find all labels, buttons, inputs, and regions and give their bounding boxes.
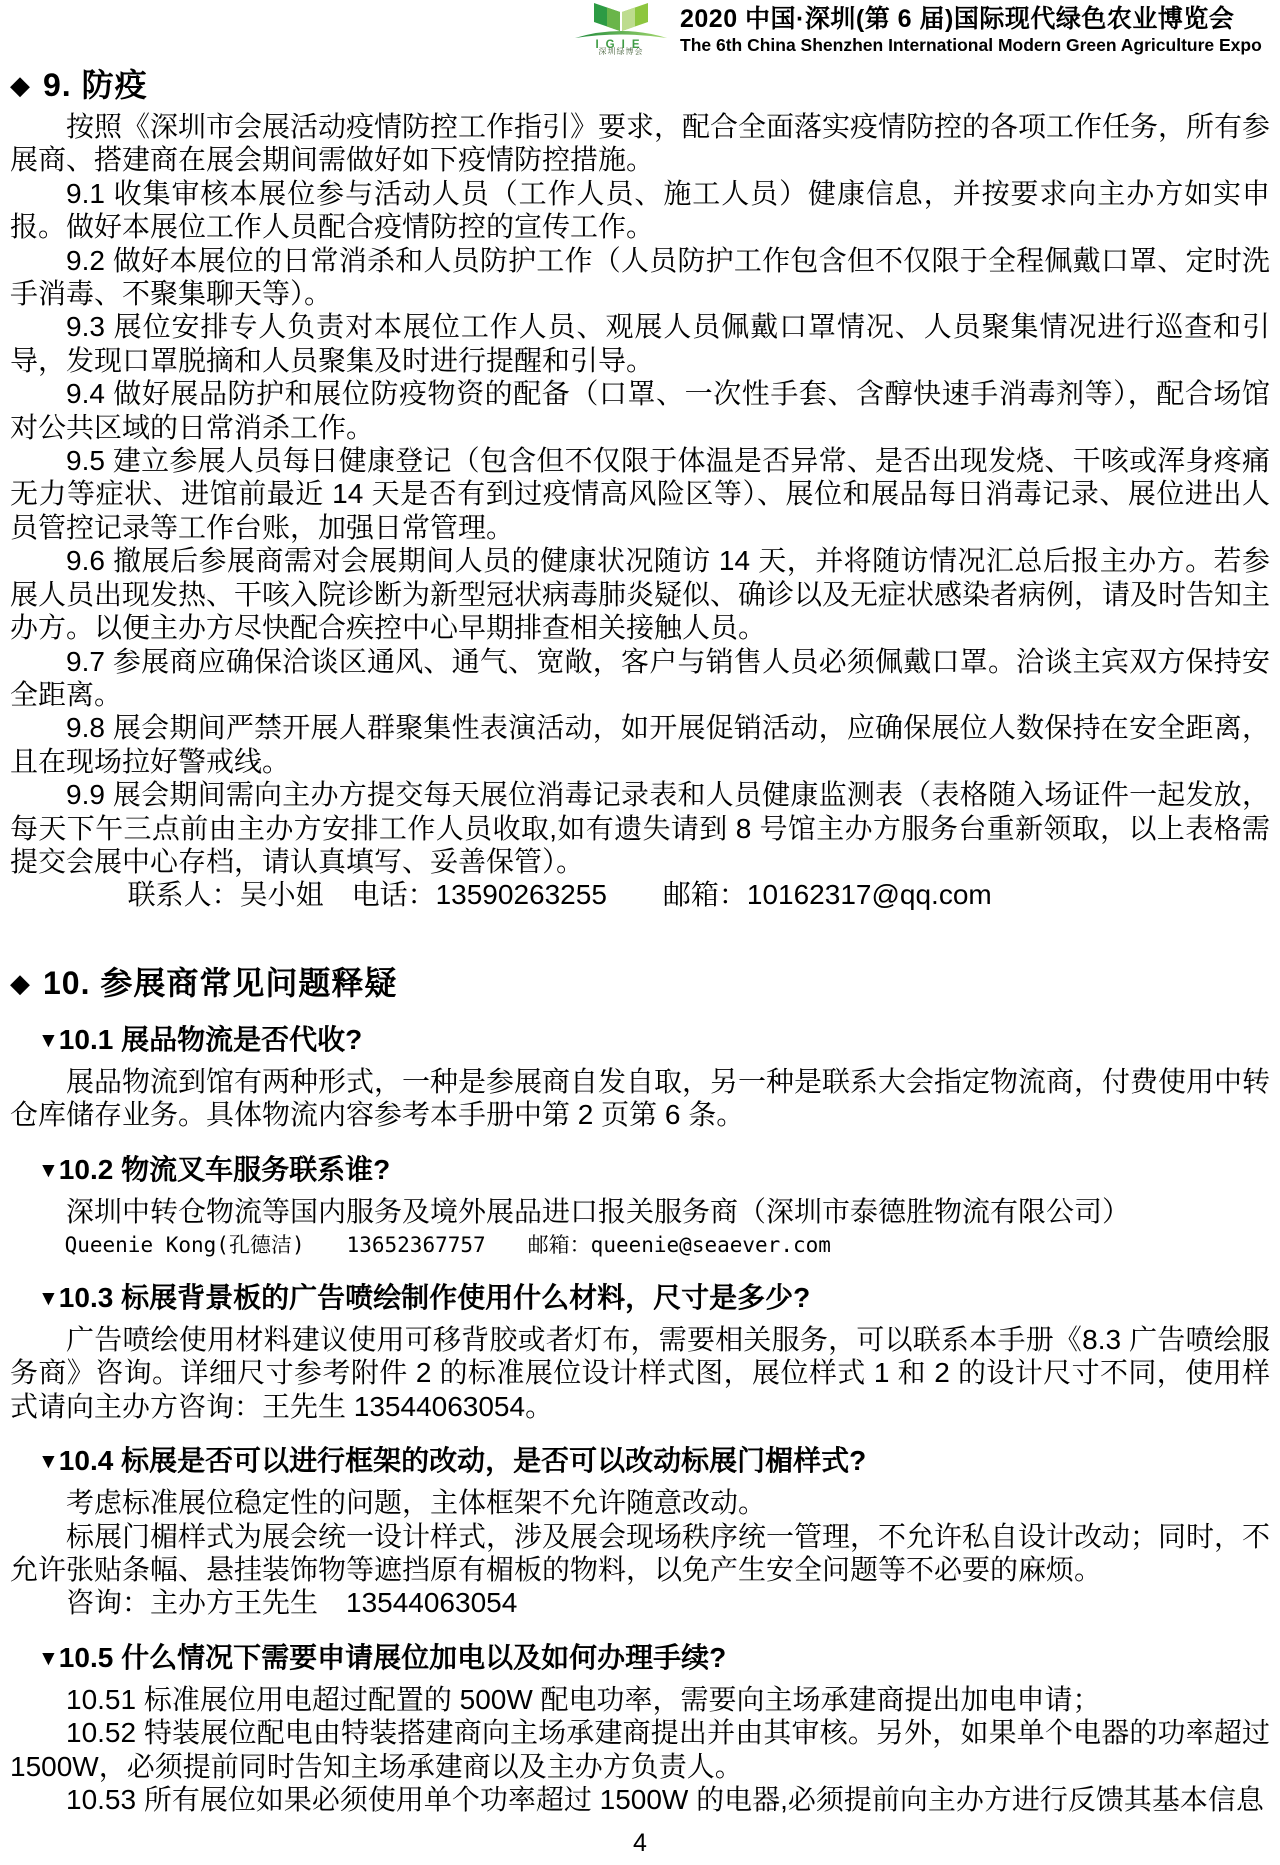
paragraph: 9.7 参展商应确保洽谈区通风、通气、宽敞，客户与销售人员必须佩戴口罩。洽谈主宾… xyxy=(10,645,1270,712)
faq-question-heading: ▼10.1 展品物流是否代收? xyxy=(10,1023,1270,1058)
paragraph: 9.6 撤展后参展商需对会展期间人员的健康状况随访 14 天，并将随访情况汇总后… xyxy=(10,544,1270,644)
document-page: IGIE 深圳绿博会 2020 中国·深圳(第 6 届)国际现代绿色农业博览会 … xyxy=(0,0,1280,1865)
paragraph: 9.5 建立参展人员每日健康登记（包含但不仅限于体温是否异常、是否出现发烧、干咳… xyxy=(10,444,1270,544)
triangle-bullet-icon: ▼ xyxy=(38,1450,59,1473)
logo-book-leaves-icon: IGIE xyxy=(571,2,671,49)
section-heading: ◆9. 防疫 xyxy=(10,66,1270,104)
contact-line: 联系人：吴小姐 电话：13590263255 邮箱：10162317@qq.co… xyxy=(10,878,1270,911)
triangle-bullet-icon: ▼ xyxy=(38,1287,59,1310)
contact-line-mono: Queenie Kong(孔德洁) 13652367757 邮箱：queenie… xyxy=(10,1230,1270,1260)
paragraph: 深圳中转仓物流等国内服务及境外展品进口报关服务商（深圳市泰德胜物流有限公司） xyxy=(10,1195,1270,1228)
document-body: ◆9. 防疫按照《深圳市会展活动疫情防控工作指引》要求，配合全面落实疫情防控的各… xyxy=(10,66,1270,1816)
diamond-bullet-icon: ◆ xyxy=(10,72,31,98)
section-heading: ◆10. 参展商常见问题释疑 xyxy=(10,964,1270,1002)
triangle-bullet-icon: ▼ xyxy=(38,1159,59,1182)
paragraph: 9.8 展会期间严禁开展人群聚集性表演活动，如开展促销活动，应确保展位人数保持在… xyxy=(10,711,1270,778)
faq-question-heading: ▼10.2 物流叉车服务联系谁? xyxy=(10,1153,1270,1188)
paragraph: 9.3 展位安排专人负责对本展位工作人员、观展人员佩戴口罩情况、人员聚集情况进行… xyxy=(10,310,1270,377)
paragraph: 10.53 所有展位如果必须使用单个功率超过 1500W 的电器,必须提前向主办… xyxy=(10,1783,1270,1816)
expo-logo: IGIE 深圳绿博会 xyxy=(570,2,672,56)
header-titles: 2020 中国·深圳(第 6 届)国际现代绿色农业博览会 The 6th Chi… xyxy=(680,2,1270,56)
faq-question-text: 10.1 展品物流是否代收? xyxy=(59,1024,362,1055)
faq-question-heading: ▼10.3 标展背景板的广告喷绘制作使用什么材料，尺寸是多少? xyxy=(10,1281,1270,1316)
expo-title-en: The 6th China Shenzhen International Mod… xyxy=(680,34,1270,56)
paragraph: 标展门楣样式为展会统一设计样式，涉及展会现场秩序统一管理，不允许私自设计改动；同… xyxy=(10,1520,1270,1587)
paragraph: 咨询：主办方王先生 13544063054 xyxy=(10,1586,1270,1619)
diamond-bullet-icon: ◆ xyxy=(10,970,31,996)
paragraph: 9.2 做好本展位的日常消杀和人员防护工作（人员防护工作包含但不仅限于全程佩戴口… xyxy=(10,244,1270,311)
faq-question-text: 10.2 物流叉车服务联系谁? xyxy=(59,1154,390,1185)
paragraph: 按照《深圳市会展活动疫情防控工作指引》要求，配合全面落实疫情防控的各项工作任务，… xyxy=(10,110,1270,177)
paragraph: 10.51 标准展位用电超过配置的 500W 配电功率，需要向主场承建商提出加电… xyxy=(10,1683,1270,1716)
page-header: IGIE 深圳绿博会 2020 中国·深圳(第 6 届)国际现代绿色农业博览会 … xyxy=(10,2,1270,60)
faq-question-text: 10.3 标展背景板的广告喷绘制作使用什么材料，尺寸是多少? xyxy=(59,1282,810,1313)
paragraph: 展品物流到馆有两种形式，一种是参展商自发自取，另一种是联系大会指定物流商，付费使… xyxy=(10,1065,1270,1132)
paragraph: 9.1 收集审核本展位参与活动人员（工作人员、施工人员）健康信息，并按要求向主办… xyxy=(10,177,1270,244)
faq-question-text: 10.5 什么情况下需要申请展位加电以及如何办理手续? xyxy=(59,1642,726,1673)
expo-title-cn: 2020 中国·深圳(第 6 届)国际现代绿色农业博览会 xyxy=(680,5,1270,34)
paragraph: 9.9 展会期间需向主办方提交每天展位消毒记录表和人员健康监测表（表格随入场证件… xyxy=(10,778,1270,878)
faq-question-heading: ▼10.5 什么情况下需要申请展位加电以及如何办理手续? xyxy=(10,1641,1270,1676)
triangle-bullet-icon: ▼ xyxy=(38,1647,59,1670)
page-footer: 4 xyxy=(0,1829,1280,1857)
paragraph: 10.52 特装展位配电由特装搭建商向主场承建商提出并由其审核。另外，如果单个电… xyxy=(10,1716,1270,1783)
section-title: 10. 参展商常见问题释疑 xyxy=(43,964,397,1002)
page-number: 4 xyxy=(633,1829,647,1857)
faq-question-heading: ▼10.4 标展是否可以进行框架的改动，是否可以改动标展门楣样式? xyxy=(10,1444,1270,1479)
logo-subtext: 深圳绿博会 xyxy=(570,48,672,56)
triangle-bullet-icon: ▼ xyxy=(38,1029,59,1052)
faq-question-text: 10.4 标展是否可以进行框架的改动，是否可以改动标展门楣样式? xyxy=(59,1445,866,1476)
paragraph: 广告喷绘使用材料建议使用可移背胶或者灯布，需要相关服务，可以联系本手册《8.3 … xyxy=(10,1323,1270,1423)
paragraph: 9.4 做好展品防护和展位防疫物资的配备（口罩、一次性手套、含醇快速手消毒剂等）… xyxy=(10,377,1270,444)
paragraph: 考虑标准展位稳定性的问题，主体框架不允许随意改动。 xyxy=(10,1486,1270,1519)
section-title: 9. 防疫 xyxy=(43,66,148,104)
